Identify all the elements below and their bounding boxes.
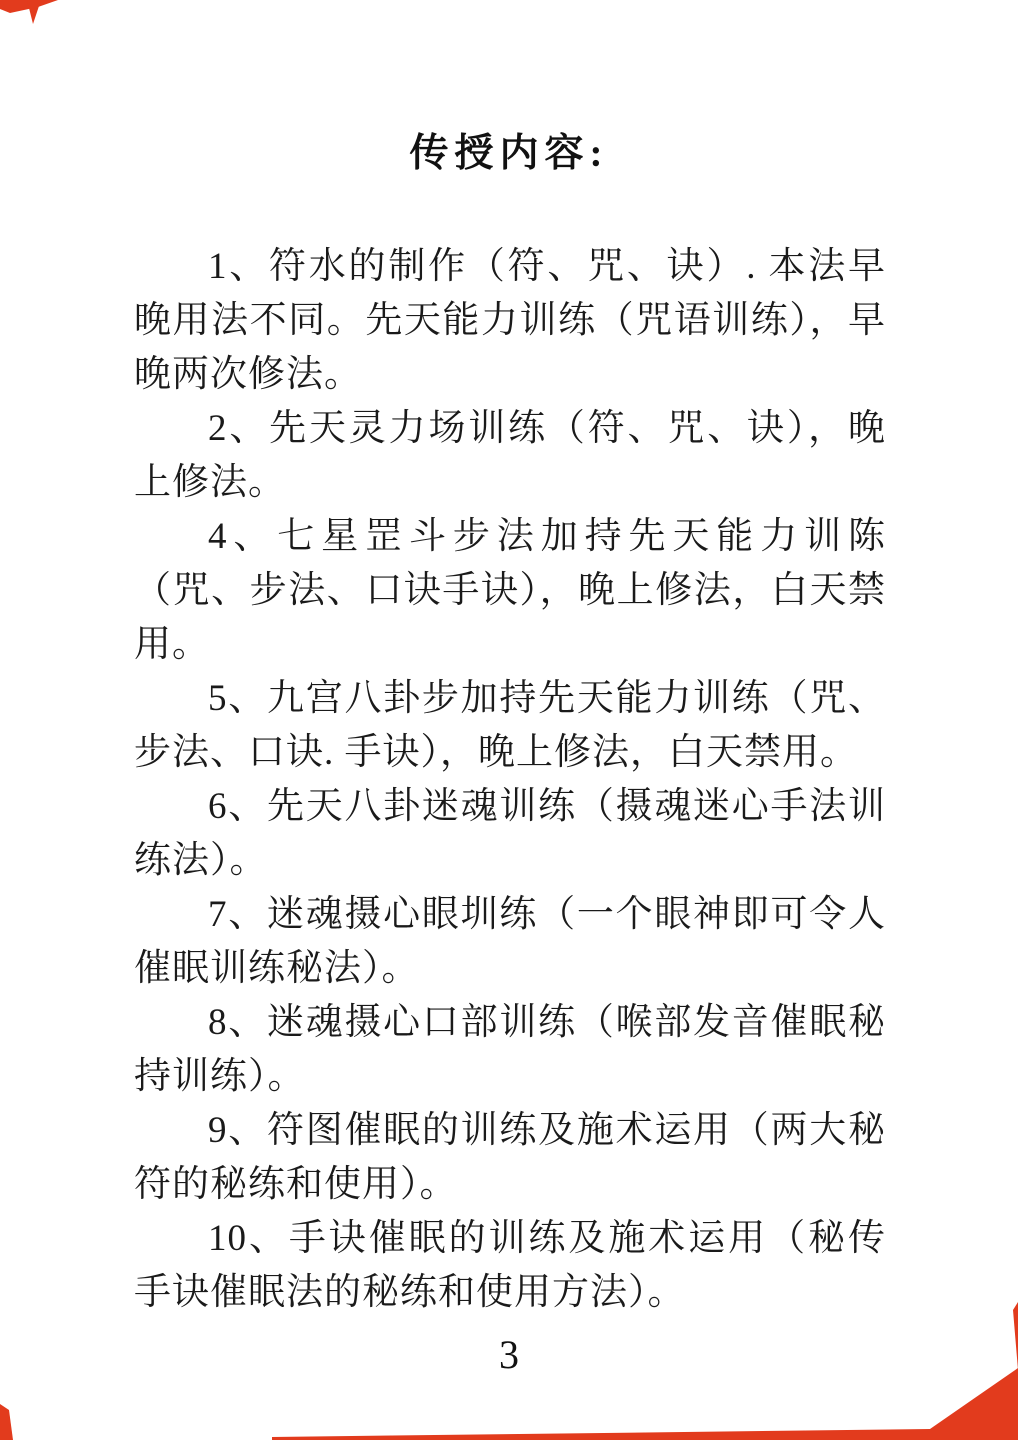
page-title: 传授内容: xyxy=(0,0,1018,178)
paragraph: 4、七星罡斗步法加持先天能力训陈（咒、步法、口诀手诀），晚上修法，白天禁用。 xyxy=(134,510,886,672)
paragraph: 9、符图催眠的训练及施术运用（两大秘符的秘练和使用）。 xyxy=(134,1104,886,1212)
paragraph: 5、九宫八卦步加持先天能力训练（咒、步法、口诀. 手诀），晚上修法，白天禁用。 xyxy=(134,672,886,780)
paragraph: 2、先天灵力场训练（符、咒、诀），晚上修法。 xyxy=(134,402,886,510)
paragraph: 8、迷魂摄心口部训练（喉部发音催眠秘持训练）。 xyxy=(134,996,886,1104)
page-number: 3 xyxy=(0,1331,1018,1378)
paragraph: 1、符水的制作（符、咒、诀）. 本法早晚用法不同。先天能力训练（咒语训练），早晚… xyxy=(134,240,886,402)
paragraph: 10、手诀催眠的训练及施术运用（秘传手诀催眠法的秘练和使用方法）。 xyxy=(134,1212,886,1320)
edge-artifact-bottom-strip xyxy=(272,1368,1018,1440)
document-body: 1、符水的制作（符、咒、诀）. 本法早晚用法不同。先天能力训练（咒语训练），早晚… xyxy=(134,240,886,1320)
paragraph: 7、迷魂摄心眼圳练（一个眼神即可令人催眠训练秘法）。 xyxy=(134,888,886,996)
edge-artifact-bottom-left xyxy=(0,1404,13,1440)
document-page: 传授内容: 1、符水的制作（符、咒、诀）. 本法早晚用法不同。先天能力训练（咒语… xyxy=(0,0,1018,1440)
paragraph: 6、先天八卦迷魂训练（摄魂迷心手法训练法）。 xyxy=(134,780,886,888)
